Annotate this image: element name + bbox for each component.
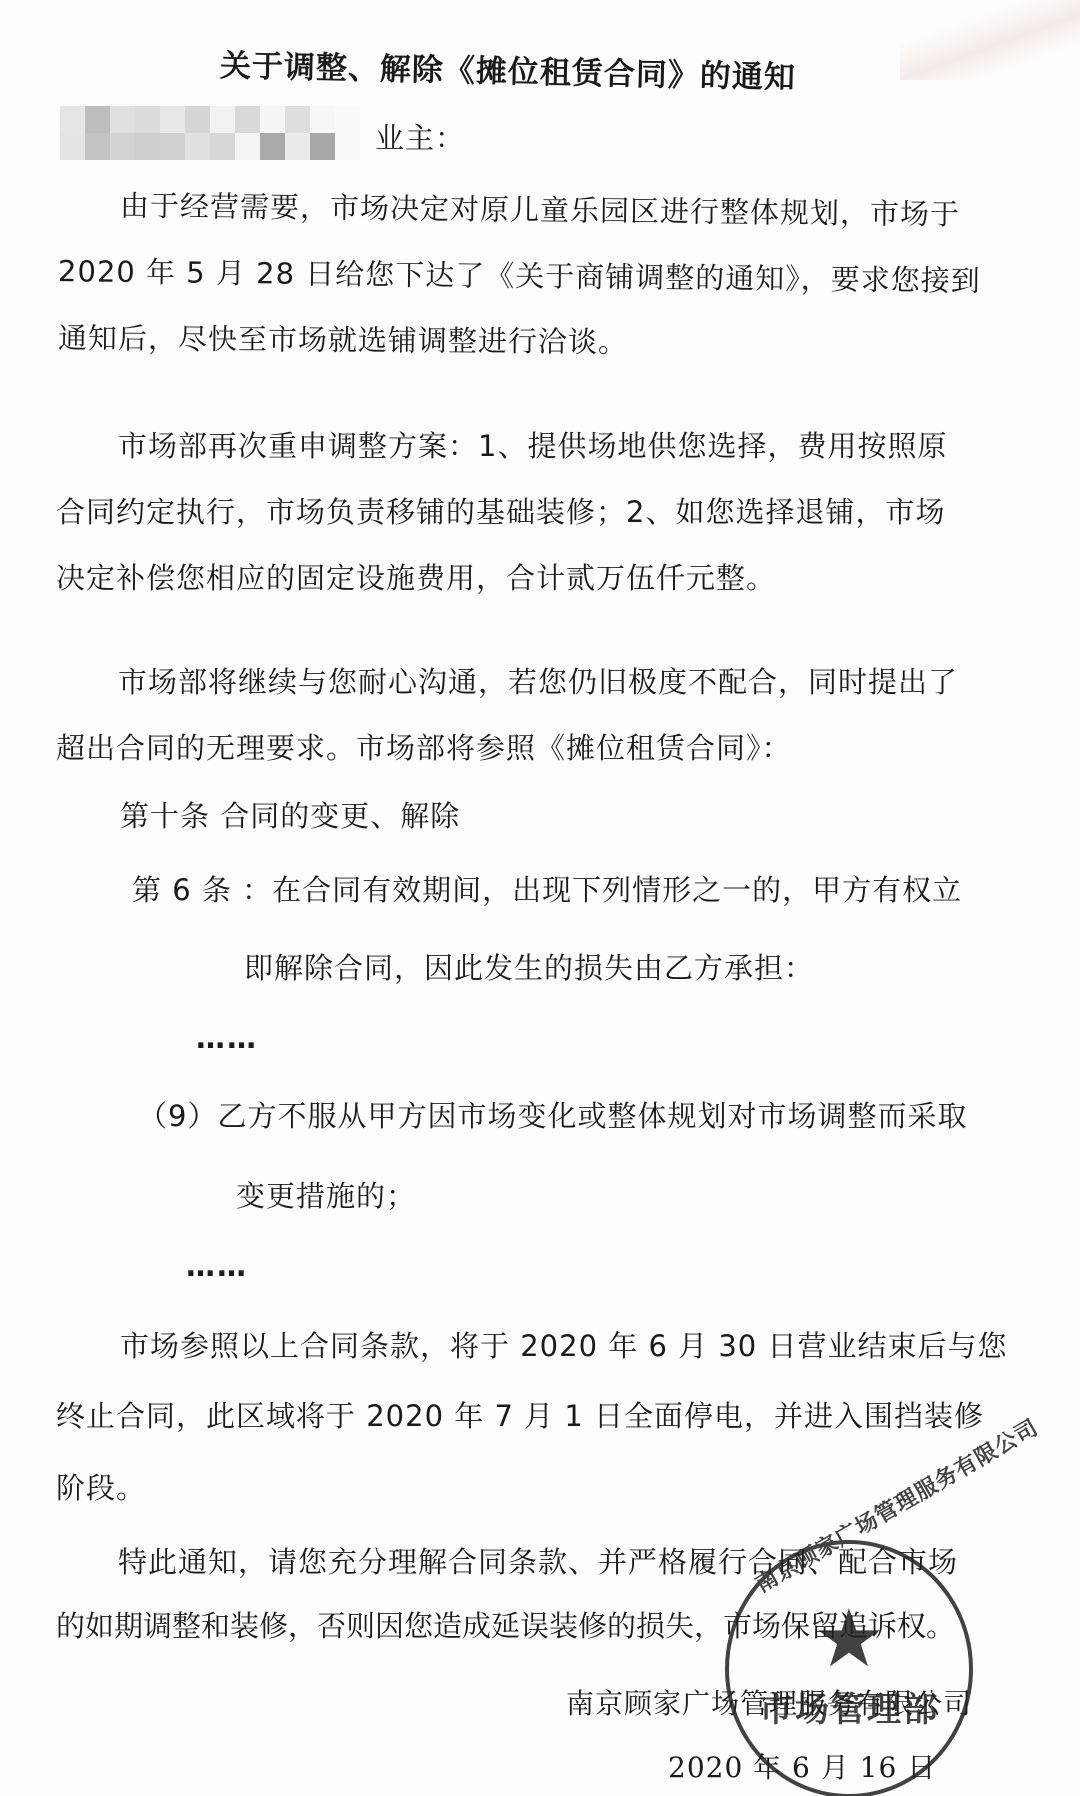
redaction-block bbox=[260, 106, 285, 133]
redaction-block bbox=[135, 133, 160, 160]
redaction-block bbox=[160, 106, 185, 133]
redacted-owner-name bbox=[60, 106, 360, 160]
paragraph-4-line-1: 市场参照以上合同条款，将于 2020 年 6 月 30 日营业结束后与您 bbox=[120, 1328, 1007, 1364]
redaction-block bbox=[285, 133, 310, 160]
clause-6-line-1: 第 6 条 ：在合同有效期间，出现下列情形之一的，甲方有权立 bbox=[132, 872, 962, 908]
redaction-block bbox=[135, 106, 160, 133]
star-icon: ★ bbox=[813, 1599, 885, 1679]
ellipsis-1: …… bbox=[196, 1020, 258, 1056]
seal-department: 市场管理部 bbox=[759, 1682, 939, 1731]
redaction-block bbox=[60, 106, 85, 133]
official-seal: 南京顾家广场管理服务有限公司 ★ 市场管理部 bbox=[725, 1540, 973, 1796]
redaction-block bbox=[235, 106, 260, 133]
item-9-line-2: 变更措施的； bbox=[236, 1178, 416, 1214]
paragraph-2-line-1: 市场部再次重申调整方案：1、提供场地供您选择，费用按照原 bbox=[118, 428, 947, 464]
redaction-block bbox=[160, 133, 185, 160]
paragraph-3-line-1: 市场部将继续与您耐心沟通，若您仍旧极度不配合，同时提出了 bbox=[118, 664, 958, 700]
redaction-block bbox=[85, 106, 110, 133]
redaction-block bbox=[285, 106, 310, 133]
item-9-line-1: （9）乙方不服从甲方因市场变化或整体规划对市场调整而采取 bbox=[138, 1098, 967, 1134]
redaction-block bbox=[310, 133, 335, 160]
notice-document: 关于调整、解除《摊位租赁合同》的通知 业主： 由于经营需要，市场决定对原儿童乐园… bbox=[0, 0, 1080, 1796]
redaction-block bbox=[235, 133, 260, 160]
paragraph-2-line-3: 决定补偿您相应的固定设施费用，合计贰万伍仟元整。 bbox=[56, 560, 776, 596]
clause-heading: 第十条 合同的变更、解除 bbox=[120, 798, 460, 834]
redaction-block bbox=[60, 133, 85, 160]
redaction-block bbox=[260, 133, 285, 160]
seal-arc-text: 南京顾家广场管理服务有限公司 bbox=[749, 1411, 1043, 1599]
ellipsis-2: …… bbox=[186, 1248, 248, 1284]
paper-corner-shadow bbox=[900, 0, 1080, 80]
redaction-block bbox=[110, 133, 135, 160]
document-title: 关于调整、解除《摊位租赁合同》的通知 bbox=[220, 40, 797, 97]
redaction-block bbox=[210, 106, 235, 133]
paragraph-4-line-3: 阶段。 bbox=[56, 1470, 146, 1506]
paragraph-1-line-3: 通知后，尽快至市场就选铺调整进行洽谈。 bbox=[58, 320, 628, 360]
redaction-block bbox=[210, 133, 235, 160]
redaction-block bbox=[335, 106, 360, 133]
redaction-block bbox=[335, 133, 360, 160]
paragraph-1-line-1: 由于经营需要，市场决定对原儿童乐园区进行整体规划，市场于 bbox=[120, 188, 960, 233]
paragraph-4-line-2: 终止合同，此区域将于 2020 年 7 月 1 日全面停电，并进入围挡装修 bbox=[56, 1398, 984, 1434]
paragraph-3-line-2: 超出合同的无理要求。市场部将参照《摊位租赁合同》： bbox=[56, 730, 792, 766]
redaction-block bbox=[185, 106, 210, 133]
addressee-label: 业主： bbox=[375, 120, 465, 156]
paragraph-2-line-2: 合同约定执行，市场负责移铺的基础装修；2、如您选择退铺，市场 bbox=[56, 494, 945, 530]
redaction-block bbox=[85, 133, 110, 160]
clause-6-line-2: 即解除合同，因此发生的损失由乙方承担： bbox=[244, 950, 814, 986]
redaction-block bbox=[310, 106, 335, 133]
paragraph-1-line-2: 2020 年 5 月 28 日给您下达了《关于商铺调整的通知》，要求您接到 bbox=[58, 253, 981, 299]
redaction-block bbox=[185, 133, 210, 160]
redaction-block bbox=[110, 106, 135, 133]
